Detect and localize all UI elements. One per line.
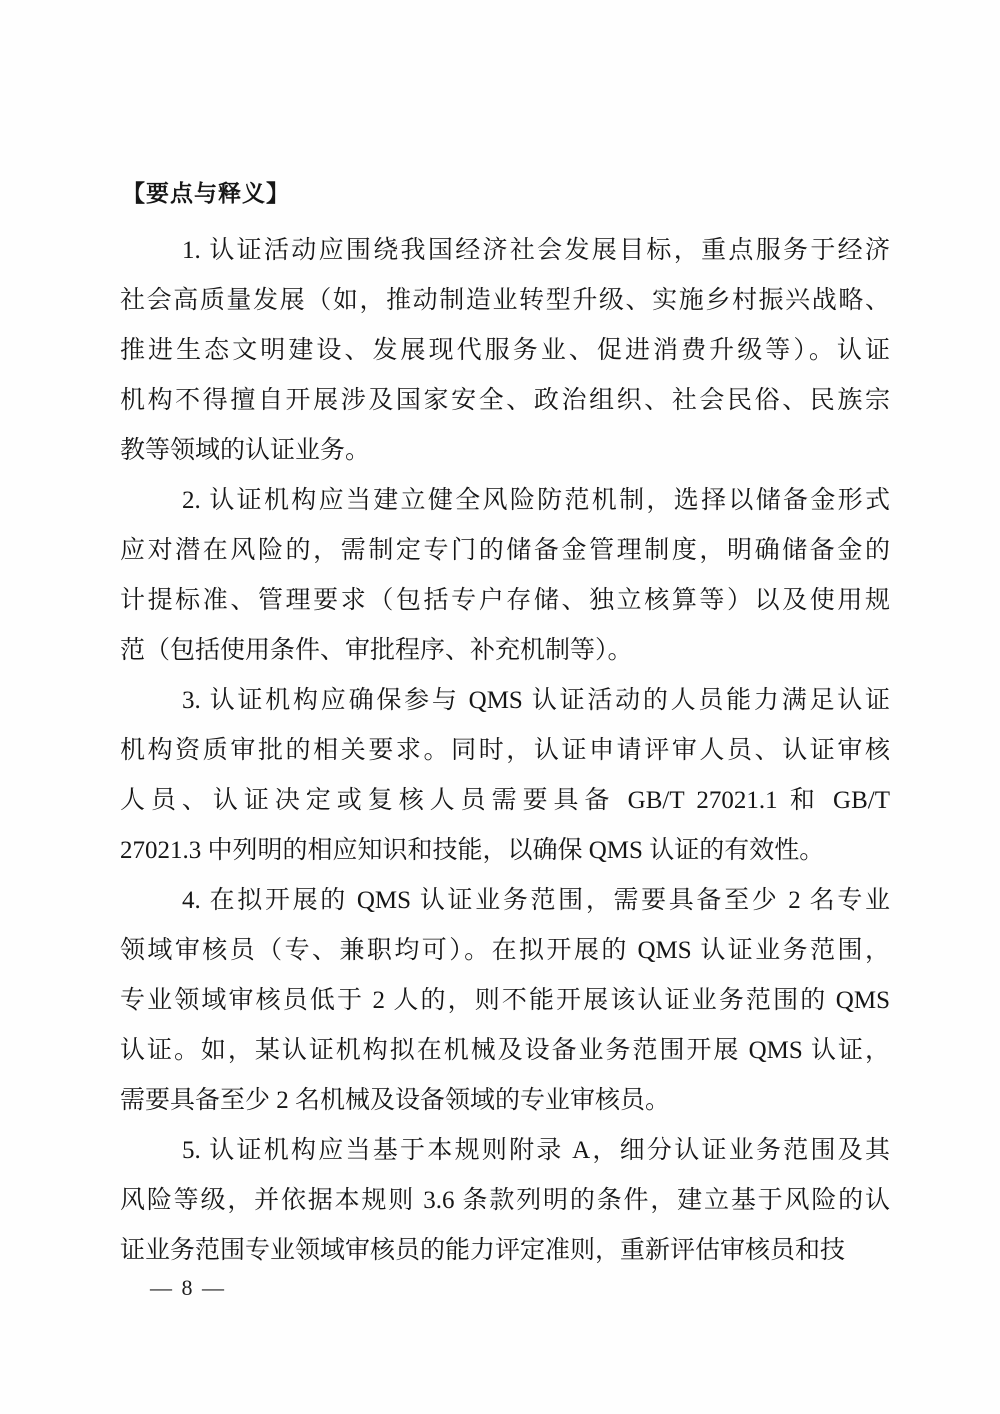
text-line: 专业领域审核员低于 2 人的，则不能开展该认证业务范围的 QMS [120, 976, 890, 1026]
section-heading: 【要点与释义】 [122, 180, 890, 206]
document-content: 【要点与释义】 1. 认证活动应围绕我国经济社会发展目标，重点服务于经济社会高质… [120, 180, 890, 1276]
text-line: 计提标准、管理要求（包括专户存储、独立核算等）以及使用规 [120, 576, 890, 626]
text-line: 范（包括使用条件、审批程序、补充机制等）。 [120, 626, 890, 676]
text-line: 需要具备至少 2 名机械及设备领域的专业审核员。 [120, 1076, 890, 1126]
paragraph-1: 1. 认证活动应围绕我国经济社会发展目标，重点服务于经济社会高质量发展（如，推动… [120, 226, 890, 476]
text-line: 1. 认证活动应围绕我国经济社会发展目标，重点服务于经济 [120, 226, 890, 276]
text-line: 领域审核员（专、兼职均可）。在拟开展的 QMS 认证业务范围， [120, 926, 890, 976]
document-page: 【要点与释义】 1. 认证活动应围绕我国经济社会发展目标，重点服务于经济社会高质… [0, 0, 1000, 1414]
paragraph-4: 4. 在拟开展的 QMS 认证业务范围，需要具备至少 2 名专业领域审核员（专、… [120, 876, 890, 1126]
text-line: 教等领域的认证业务。 [120, 426, 890, 476]
text-line: 机构不得擅自开展涉及国家安全、政治组织、社会民俗、民族宗 [120, 376, 890, 426]
text-line: 证业务范围专业领域审核员的能力评定准则，重新评估审核员和技 [120, 1226, 890, 1276]
page-number: — 8 — [150, 1274, 226, 1302]
text-line: 人员、认证决定或复核人员需要具备 GB/T 27021.1 和 GB/T [120, 776, 890, 826]
body-text: 1. 认证活动应围绕我国经济社会发展目标，重点服务于经济社会高质量发展（如，推动… [120, 226, 890, 1276]
text-line: 5. 认证机构应当基于本规则附录 A，细分认证业务范围及其 [120, 1126, 890, 1176]
text-line: 2. 认证机构应当建立健全风险防范机制，选择以储备金形式 [120, 476, 890, 526]
text-line: 4. 在拟开展的 QMS 认证业务范围，需要具备至少 2 名专业 [120, 876, 890, 926]
text-line: 3. 认证机构应确保参与 QMS 认证活动的人员能力满足认证 [120, 676, 890, 726]
text-line: 认证。如，某认证机构拟在机械及设备业务范围开展 QMS 认证， [120, 1026, 890, 1076]
paragraph-3: 3. 认证机构应确保参与 QMS 认证活动的人员能力满足认证机构资质审批的相关要… [120, 676, 890, 876]
text-line: 应对潜在风险的，需制定专门的储备金管理制度，明确储备金的 [120, 526, 890, 576]
paragraph-2: 2. 认证机构应当建立健全风险防范机制，选择以储备金形式应对潜在风险的，需制定专… [120, 476, 890, 676]
text-line: 推进生态文明建设、发展现代服务业、促进消费升级等）。认证 [120, 326, 890, 376]
text-line: 风险等级，并依据本规则 3.6 条款列明的条件，建立基于风险的认 [120, 1176, 890, 1226]
paragraph-5: 5. 认证机构应当基于本规则附录 A，细分认证业务范围及其风险等级，并依据本规则… [120, 1126, 890, 1276]
text-line: 机构资质审批的相关要求。同时，认证申请评审人员、认证审核 [120, 726, 890, 776]
text-line: 社会高质量发展（如，推动制造业转型升级、实施乡村振兴战略、 [120, 276, 890, 326]
text-line: 27021.3 中列明的相应知识和技能，以确保 QMS 认证的有效性。 [120, 826, 890, 876]
